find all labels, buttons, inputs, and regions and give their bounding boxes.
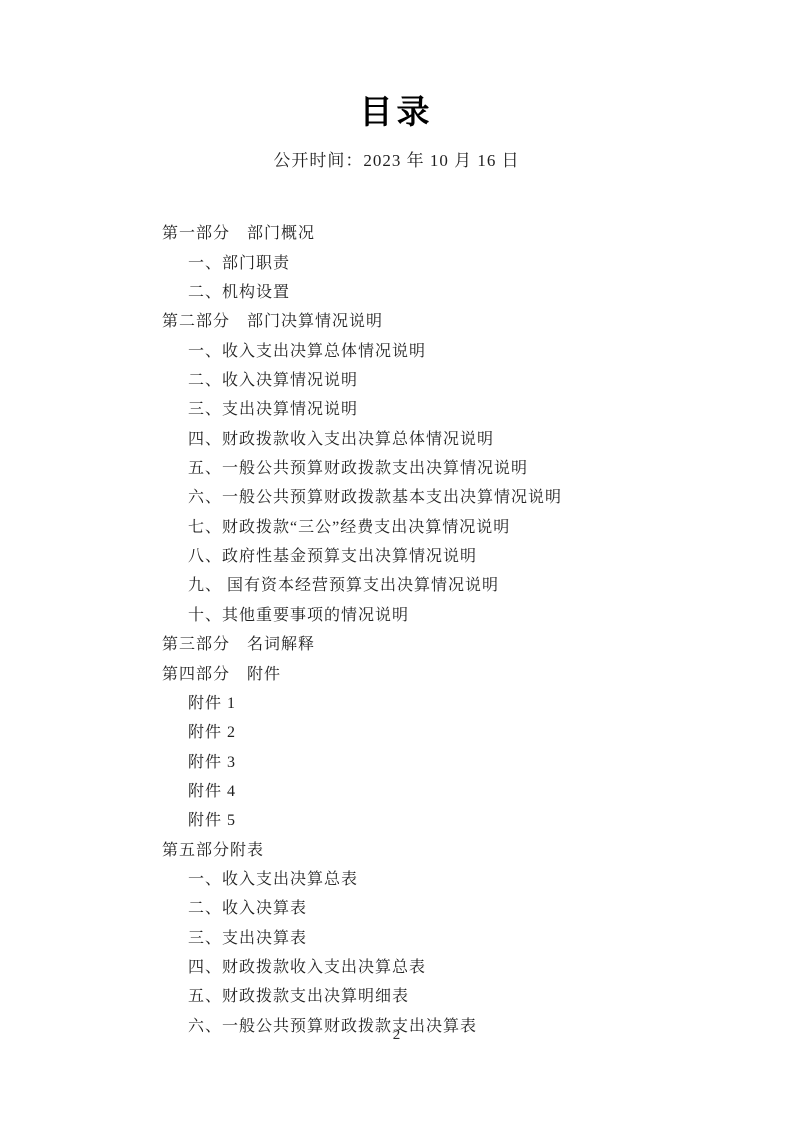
toc-entry-text: 一、收入支出决算总体情况说明 bbox=[188, 343, 426, 360]
toc-entry-text: 第二部分 部门决算情况说明 bbox=[162, 313, 383, 330]
toc-entry-text: 一、收入支出决算总表 bbox=[188, 871, 358, 888]
toc-entry-text: 二、收入决算表 bbox=[188, 900, 307, 917]
toc-entry-text: 三、支出决算表 bbox=[188, 930, 307, 947]
document-page: 目录 公开时间：2023 年 10 月 16 日 第一部分 部门概况 一、部门职… bbox=[0, 0, 793, 1122]
page-number: 2 bbox=[0, 1025, 793, 1045]
toc-entry-text: 二、收入决算情况说明 bbox=[188, 372, 358, 389]
page-title: 目录 bbox=[0, 92, 793, 134]
toc-entry-text: 四、财政拨款收入支出决算总体情况说明 bbox=[188, 431, 494, 448]
toc-entry-text: 九、 国有资本经营预算支出决算情况说明 bbox=[188, 577, 499, 594]
toc-entry: 第二部分 部门决算情况说明 bbox=[0, 278, 793, 307]
toc-entry: 附件 3 bbox=[0, 718, 793, 747]
toc-entry-text: 五、财政拨款支出决算明细表 bbox=[188, 988, 409, 1005]
toc-entry-text: 附件 1 bbox=[188, 695, 236, 712]
toc-entry-text: 八、政府性基金预算支出决算情况说明 bbox=[188, 548, 477, 565]
toc-entry-text: 附件 2 bbox=[188, 724, 236, 741]
table-of-contents: 第一部分 部门概况 一、部门职责 二、机构设置 第二部分 部门决算情况说明 一、… bbox=[0, 190, 793, 1012]
toc-entry-text: 第三部分 名词解释 bbox=[162, 636, 315, 653]
toc-entry: 一、收入支出决算总体情况说明 bbox=[0, 307, 793, 336]
toc-entry: 附件 4 bbox=[0, 748, 793, 777]
toc-entry: 第一部分 部门概况 bbox=[0, 190, 793, 219]
toc-entry-text: 附件 4 bbox=[188, 783, 236, 800]
toc-entry-text: 第一部分 部门概况 bbox=[162, 225, 315, 242]
toc-entry-text: 二、机构设置 bbox=[188, 284, 290, 301]
toc-entry-text: 七、财政拨款“三公”经费支出决算情况说明 bbox=[188, 519, 510, 536]
toc-entry-text: 第四部分 附件 bbox=[162, 666, 281, 683]
toc-entry-text: 一、部门职责 bbox=[188, 255, 290, 272]
toc-entry: 附件 2 bbox=[0, 689, 793, 718]
toc-entry-text: 附件 5 bbox=[188, 812, 236, 829]
toc-entry-text: 五、一般公共预算财政拨款支出决算情况说明 bbox=[188, 460, 528, 477]
toc-entry: 四、财政拨款收入支出决算总体情况说明 bbox=[0, 395, 793, 424]
toc-entry: 四、财政拨款收入支出决算总表 bbox=[0, 924, 793, 953]
toc-entry: 三、支出决算情况说明 bbox=[0, 366, 793, 395]
toc-entry-text: 三、支出决算情况说明 bbox=[188, 401, 358, 418]
toc-entry: 一、收入支出决算总表 bbox=[0, 836, 793, 865]
toc-entry: 附件 1 bbox=[0, 660, 793, 689]
toc-entry: 一、部门职责 bbox=[0, 219, 793, 248]
toc-entry: 二、机构设置 bbox=[0, 249, 793, 278]
toc-entry: 附件 5 bbox=[0, 777, 793, 806]
toc-entry: 第五部分附表 bbox=[0, 806, 793, 835]
publish-date: 公开时间：2023 年 10 月 16 日 bbox=[0, 149, 793, 173]
toc-entry: 三、支出决算表 bbox=[0, 894, 793, 923]
toc-entry: 第四部分 附件 bbox=[0, 630, 793, 659]
toc-entry-text: 六、一般公共预算财政拨款基本支出决算情况说明 bbox=[188, 489, 562, 506]
toc-entry-text: 四、财政拨款收入支出决算总表 bbox=[188, 959, 426, 976]
toc-entry-text: 十、其他重要事项的情况说明 bbox=[188, 607, 409, 624]
toc-entry-text: 第五部分附表 bbox=[162, 842, 264, 859]
toc-entry-text: 附件 3 bbox=[188, 754, 236, 771]
toc-entry: 二、收入决算表 bbox=[0, 865, 793, 894]
